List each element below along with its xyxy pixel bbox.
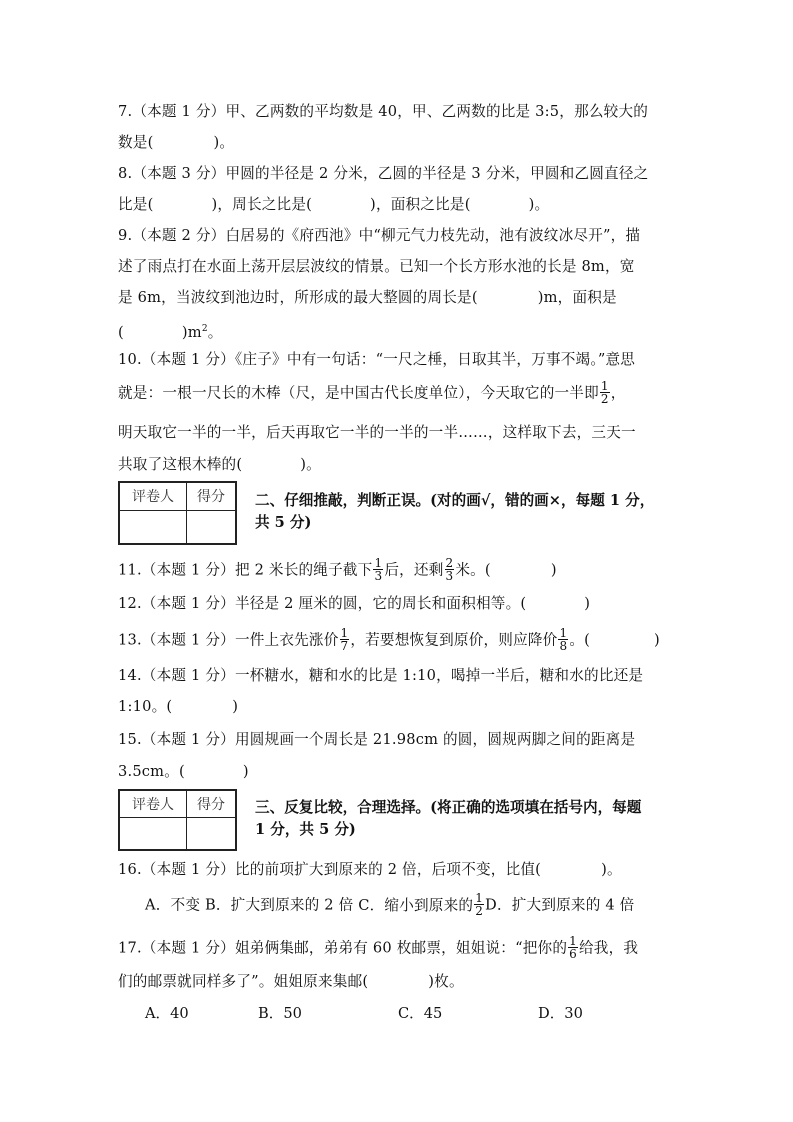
q16-text: 16.（本题 1 分）比的前项扩大到原来的 2 倍，后项不变，比值( <box>118 861 541 878</box>
q8-text-a: 比是( <box>118 196 153 213</box>
q16-option-d[interactable]: D．扩大到原来的 4 倍 <box>485 897 634 914</box>
q9-line1: 9.（本题 2 分）白居易的《府西池》中“柳元气力枝先动，池有波纹冰尽开”，描 <box>118 226 640 246</box>
q11-text-a: 11.（本题 1 分）把 2 米长的绳子截下 <box>118 562 372 579</box>
section2-score-table: 评卷人 得分 <box>118 481 237 545</box>
section3-score-table: 评卷人 得分 <box>118 789 237 851</box>
frac-den: 2 <box>600 393 610 405</box>
q10-text-b: ， <box>611 385 626 402</box>
q16-line1: 16.（本题 1 分）比的前项扩大到原来的 2 倍，后项不变，比值()。 <box>118 860 622 880</box>
q11-line: 11.（本题 1 分）把 2 米长的绳子截下13后，还剩23米。() <box>118 558 557 583</box>
q8-line1: 8.（本题 3 分）甲圆的半径是 2 分米，乙圆的半径是 3 分米，甲圆和乙圆直… <box>118 164 648 184</box>
q14-line2: 1:10。() <box>118 697 238 717</box>
q8-text-c: )，面积之比是( <box>370 196 471 213</box>
reviewer-header: 评卷人 <box>119 482 187 510</box>
q10-line4: 共取了这根木棒的()。 <box>118 455 321 475</box>
q9-text-e: 。 <box>208 324 223 341</box>
q13-text-a: 13.（本题 1 分）一件上衣先涨价 <box>118 632 339 649</box>
q13-line: 13.（本题 1 分）一件上衣先涨价17，若要想恢复到原价，则应降价18。() <box>118 628 660 653</box>
section2-title-line2: 共 5 分) <box>255 512 695 534</box>
q13-text-d: ) <box>654 632 660 649</box>
section3-title-line2: 1 分，共 5 分) <box>255 819 695 841</box>
q16-option-c[interactable]: C．缩小到原来的12 <box>358 897 485 914</box>
q9-line3: 是 6m，当波纹到池边时，所形成的最大整圆的周长是()m，面积是 <box>118 288 617 308</box>
q17-option-d[interactable]: D．30 <box>538 1004 583 1024</box>
q14-text: 1:10。( <box>118 698 172 715</box>
q8-line2: 比是()，周长之比是()，面积之比是()。 <box>118 195 549 215</box>
score-cell[interactable] <box>187 817 237 850</box>
q10-text-d: )。 <box>300 456 321 473</box>
q7-line2: 数是()。 <box>118 133 234 153</box>
q9-text-b: )m，面积是 <box>538 289 617 306</box>
q10-line3: 明天取它一半的一半，后天再取它一半的一半的一半……，这样取下去，三天一 <box>118 423 636 443</box>
q13-fraction-1: 17 <box>340 627 350 652</box>
q15-line1: 15.（本题 1 分）用圆规画一个周长是 21.98cm 的圆，圆规两脚之间的距… <box>118 730 635 750</box>
q11-text-d: ) <box>551 562 557 579</box>
q10-fraction-half: 12 <box>600 380 610 405</box>
q9-line4: ()m2。 <box>118 319 223 343</box>
reviewer-header: 评卷人 <box>119 790 187 817</box>
q14-text-end: ) <box>232 698 238 715</box>
reviewer-cell[interactable] <box>119 510 187 544</box>
frac-den: 3 <box>373 570 383 582</box>
q17-fraction: 16 <box>568 935 578 960</box>
q15-text-end: ) <box>243 763 249 780</box>
q17-line1: 17.（本题 1 分）姐弟俩集邮，弟弟有 60 枚邮票，姐姐说：“把你的16给我… <box>118 936 638 961</box>
q17-text-a: 17.（本题 1 分）姐弟俩集邮，弟弟有 60 枚邮票，姐姐说：“把你的 <box>118 940 567 957</box>
score-header: 得分 <box>187 482 237 510</box>
q17-text-b: 给我，我 <box>579 940 638 957</box>
q17-text-c: 们的邮票就同样多了”。姐姐原来集邮( <box>118 973 368 990</box>
section3-title: 三、反复比较，合理选择。(将正确的选项填在括号内，每题 1 分，共 5 分) <box>255 797 695 841</box>
section2-title: 二、仔细推敲，判断正误。(对的画√，错的画×，每题 1 分， 共 5 分) <box>255 490 695 534</box>
q14-line1: 14.（本题 1 分）一杯糖水，糖和水的比是 1:10，喝掉一半后，糖和水的比还… <box>118 666 643 686</box>
q17-option-a[interactable]: A．40 <box>145 1004 189 1024</box>
q13-text-b: ，若要想恢复到原价，则应降价 <box>350 632 557 649</box>
q8-text-d: )。 <box>529 196 550 213</box>
q17-option-b[interactable]: B．50 <box>258 1004 302 1024</box>
frac-den: 6 <box>568 948 578 960</box>
section3-title-line1: 三、反复比较，合理选择。(将正确的选项填在括号内，每题 <box>255 797 695 819</box>
section2-title-line1: 二、仔细推敲，判断正误。(对的画√，错的画×，每题 1 分， <box>255 490 695 512</box>
q9-text-c: ( <box>118 324 124 341</box>
score-header: 得分 <box>187 790 237 817</box>
q16-option-b[interactable]: B．扩大到原来的 2 倍 <box>205 897 353 914</box>
q17-text-d: )枚。 <box>428 973 463 990</box>
q16-option-a[interactable]: A．不变 <box>145 897 200 914</box>
frac-den: 7 <box>340 640 350 652</box>
q7-text: 数是( <box>118 134 153 151</box>
q7-text-end: )。 <box>213 134 234 151</box>
q15-line2: 3.5cm。() <box>118 762 249 782</box>
q12-text: 12.（本题 1 分）半径是 2 厘米的圆，它的周长和面积相等。( <box>118 595 526 612</box>
score-cell[interactable] <box>187 510 237 544</box>
reviewer-cell[interactable] <box>119 817 187 850</box>
q11-text-b: 后，还剩 <box>384 562 443 579</box>
q11-text-c: 米。( <box>455 562 490 579</box>
q16-text-end: )。 <box>601 861 622 878</box>
q15-text: 3.5cm。( <box>118 763 185 780</box>
q16-option-c-text: C．缩小到原来的 <box>358 897 473 914</box>
q13-text-c: 。( <box>569 632 590 649</box>
q10-line1: 10.（本题 1 分）《庄子》中有一句话：“一尺之棰，日取其半，万事不竭。”意思 <box>118 350 635 370</box>
q11-fraction-2: 23 <box>445 557 455 582</box>
frac-den: 8 <box>558 640 568 652</box>
frac-den: 2 <box>474 905 484 917</box>
q9-text-a: 是 6m，当波纹到池边时，所形成的最大整圆的周长是( <box>118 289 478 306</box>
q17-line2: 们的邮票就同样多了”。姐姐原来集邮()枚。 <box>118 972 464 992</box>
q10-text-a: 就是：一根一尺长的木棒（尺，是中国古代长度单位），今天取它的一半即 <box>118 385 599 402</box>
q13-fraction-2: 18 <box>558 627 568 652</box>
q8-text-b: )，周长之比是( <box>211 196 312 213</box>
q12-text-end: ) <box>584 595 590 612</box>
q10-text-c: 共取了这根木棒的( <box>118 456 242 473</box>
q9-text-d: )m <box>182 324 202 341</box>
q16-options: A．不变 B．扩大到原来的 2 倍 C．缩小到原来的12D．扩大到原来的 4 倍 <box>145 893 634 918</box>
q7-line1: 7.（本题 1 分）甲、乙两数的平均数是 40，甲、乙两数的比是 3:5，那么较… <box>118 102 648 122</box>
q16-option-c-fraction: 12 <box>474 892 484 917</box>
q10-line2: 就是：一根一尺长的木棒（尺，是中国古代长度单位），今天取它的一半即12， <box>118 381 626 406</box>
q11-fraction-1: 13 <box>373 557 383 582</box>
q12-line: 12.（本题 1 分）半径是 2 厘米的圆，它的周长和面积相等。() <box>118 594 590 614</box>
q9-line2: 述了雨点打在水面上荡开层层波纹的情景。已知一个长方形水池的长是 8m，宽 <box>118 257 635 277</box>
q17-option-c[interactable]: C．45 <box>398 1004 442 1024</box>
frac-den: 3 <box>445 570 455 582</box>
